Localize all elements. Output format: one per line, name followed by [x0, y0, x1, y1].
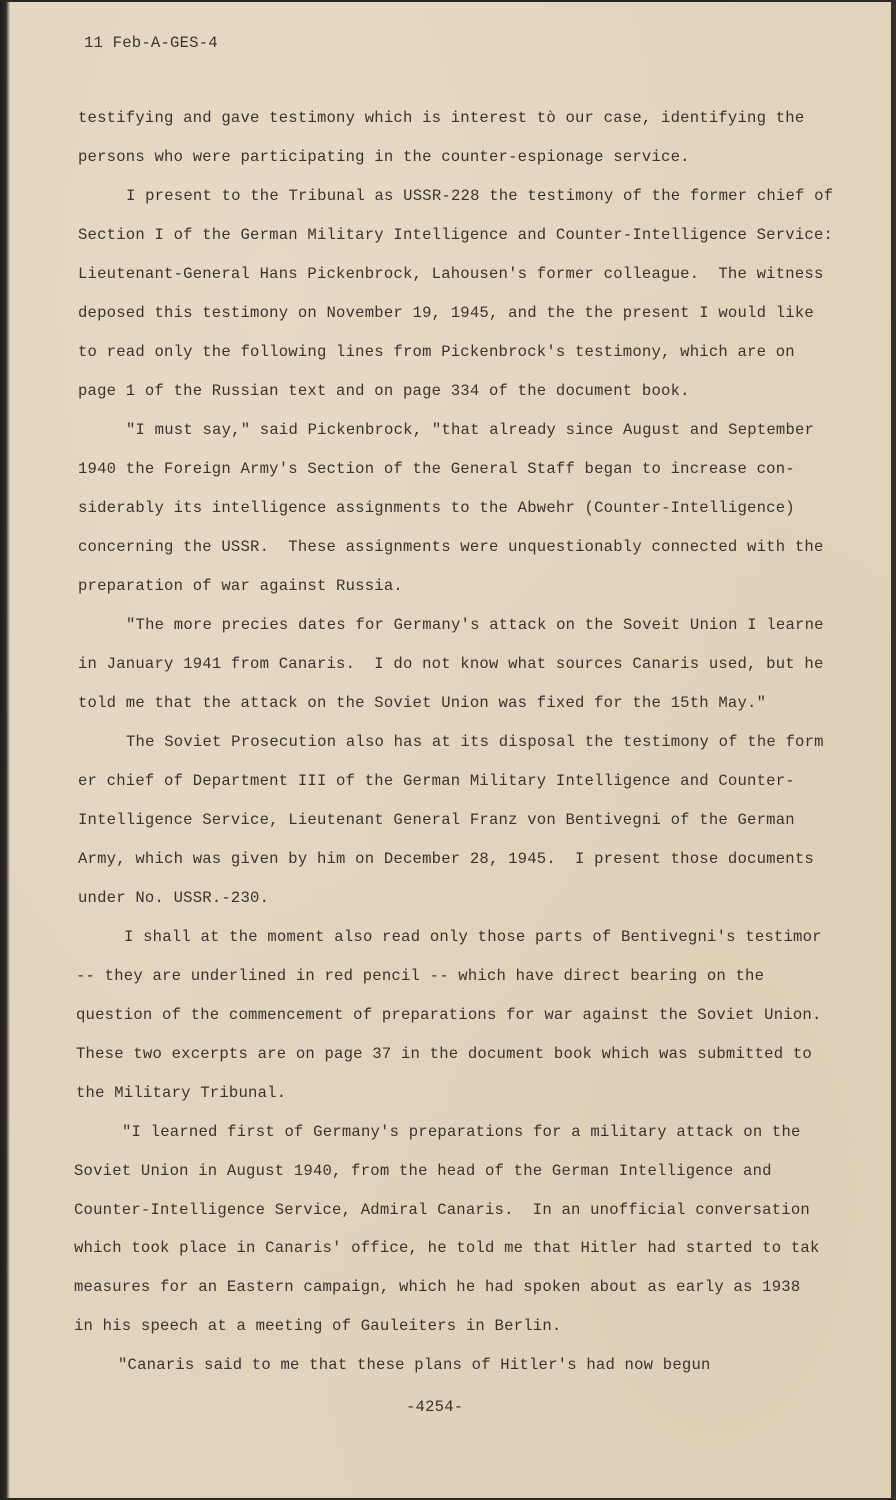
- text-line: which took place in Canaris' office, he …: [74, 1238, 820, 1258]
- text-line: Soviet Union in August 1940, from the he…: [74, 1161, 772, 1181]
- text-line: deposed this testimony on November 19, 1…: [78, 303, 814, 323]
- text-line: Section I of the German Military Intelli…: [78, 225, 833, 245]
- text-line: 1940 the Foreign Army's Section of the G…: [78, 459, 795, 479]
- text-line: concerning the USSR. These assignments w…: [78, 537, 824, 557]
- text-line: Counter-Intelligence Service, Admiral Ca…: [74, 1200, 810, 1220]
- document-page: 11 Feb-A-GES-4 testifying and gave testi…: [6, 2, 892, 1498]
- document-header-id: 11 Feb-A-GES-4: [84, 34, 218, 52]
- text-line: siderably its intelligence assignments t…: [78, 498, 795, 518]
- text-line: told me that the attack on the Soviet Un…: [78, 693, 766, 713]
- text-line: I present to the Tribunal as USSR-228 th…: [126, 186, 833, 206]
- text-line: testifying and gave testimony which is i…: [78, 108, 804, 128]
- text-line: I shall at the moment also read only tho…: [124, 927, 822, 947]
- text-line: Army, which was given by him on December…: [78, 849, 814, 869]
- text-line: in his speech at a meeting of Gauleiters…: [74, 1316, 561, 1336]
- text-line: the Military Tribunal.: [76, 1083, 286, 1103]
- text-line: "The more precies dates for Germany's at…: [126, 615, 824, 635]
- text-line: in January 1941 from Canaris. I do not k…: [78, 654, 824, 674]
- scan-right-edge: [891, 0, 896, 1500]
- text-line: Lieutenant-General Hans Pickenbrock, Lah…: [78, 264, 824, 284]
- text-line: These two excerpts are on page 37 in the…: [76, 1044, 812, 1064]
- scan-left-edge: [0, 0, 10, 1500]
- text-line: page 1 of the Russian text and on page 3…: [78, 381, 690, 401]
- text-line: question of the commencement of preparat…: [76, 1005, 822, 1025]
- text-line: er chief of Department III of the German…: [78, 771, 795, 791]
- text-line: under No. USSR.-230.: [78, 888, 269, 908]
- page-number: -4254-: [406, 1398, 463, 1416]
- text-line: "I must say," said Pickenbrock, "that al…: [126, 420, 814, 440]
- text-line: "I learned first of Germany's preparatio…: [122, 1122, 801, 1142]
- text-line: persons who were participating in the co…: [78, 147, 690, 167]
- text-line: The Soviet Prosecution also has at its d…: [126, 732, 824, 752]
- text-line: to read only the following lines from Pi…: [78, 342, 795, 362]
- text-line: Intelligence Service, Lieutenant General…: [78, 810, 795, 830]
- text-line: preparation of war against Russia.: [78, 576, 403, 596]
- text-line: "Canaris said to me that these plans of …: [118, 1355, 711, 1375]
- text-line: -- they are underlined in red pencil -- …: [76, 966, 764, 986]
- text-line: measures for an Eastern campaign, which …: [74, 1277, 800, 1297]
